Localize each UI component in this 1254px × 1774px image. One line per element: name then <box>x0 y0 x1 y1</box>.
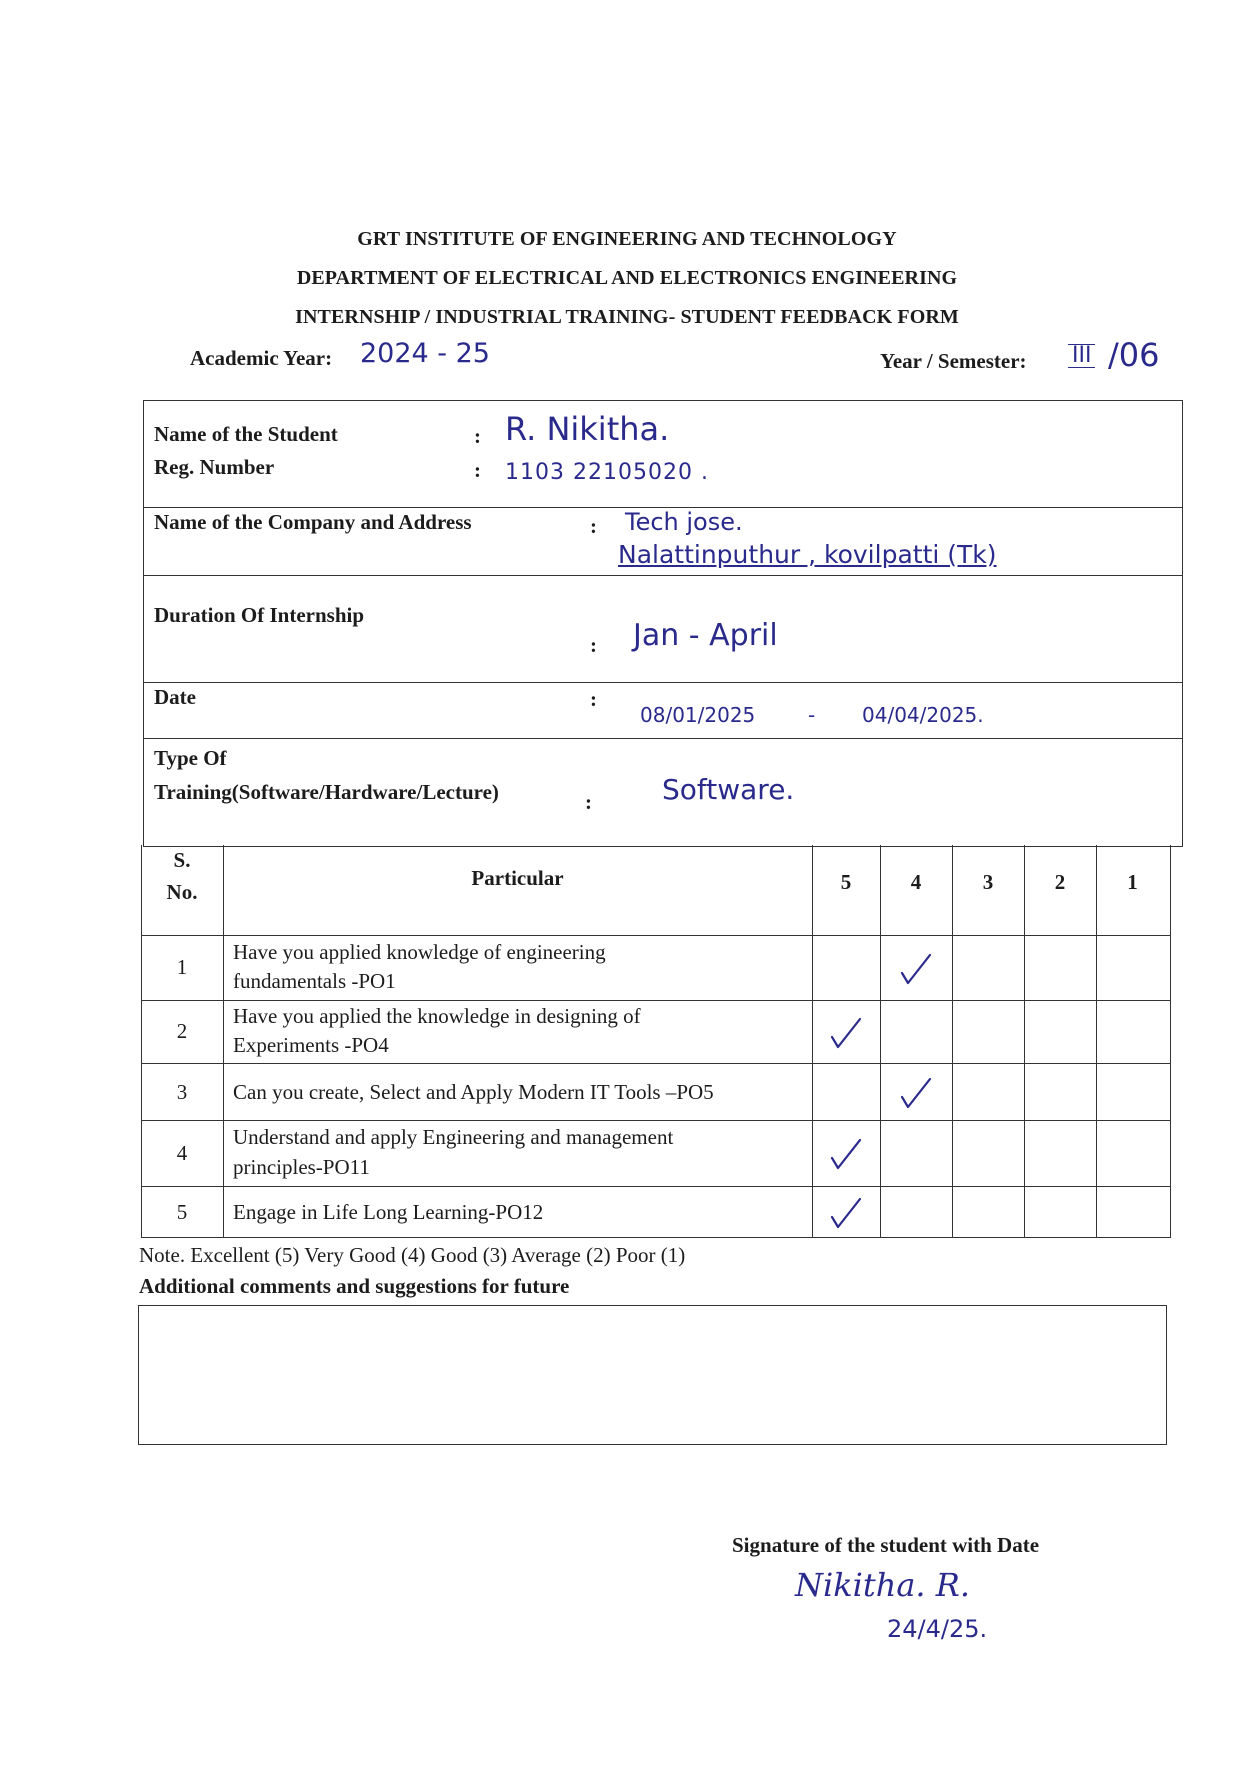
rating-note: Note. Excellent (5) Very Good (4) Good (… <box>139 1240 685 1270</box>
student-name-value[interactable]: R. Nikitha. <box>505 410 669 448</box>
training-type-label-line2: Training(Software/Hardware/Lecture) <box>154 780 499 805</box>
row-5-sno: 5 <box>141 1197 223 1227</box>
row-2-particular-line1: Have you applied the knowledge in design… <box>233 1001 641 1031</box>
year-value[interactable]: III <box>1068 344 1095 368</box>
date-separator: - <box>808 703 815 727</box>
signature-date[interactable]: 24/4/25. <box>887 1615 987 1643</box>
sno-header-line2: No. <box>141 880 223 905</box>
sno-header-line1: S. <box>141 848 223 873</box>
training-type-label-line1: Type Of <box>154 746 227 771</box>
colon: : <box>474 458 481 483</box>
year-semester-label: Year / Semester: <box>880 349 1027 374</box>
particular-header: Particular <box>223 866 812 891</box>
signature-name[interactable]: Nikitha. R. <box>795 1566 970 1604</box>
duration-label: Duration Of Internship <box>154 603 364 628</box>
row-5-particular-line1: Engage in Life Long Learning-PO12 <box>233 1197 543 1227</box>
colon: : <box>474 424 481 449</box>
row-1-sno: 1 <box>141 952 223 982</box>
colon: : <box>585 790 592 815</box>
check-mark-icon[interactable] <box>898 1073 934 1111</box>
row-1-particular-line2: fundamentals -PO1 <box>233 966 396 996</box>
department-name: DEPARTMENT OF ELECTRICAL AND ELECTRONICS… <box>0 267 1254 290</box>
score-header-2: 2 <box>1024 870 1096 895</box>
check-mark-icon[interactable] <box>828 1013 864 1051</box>
student-name-label: Name of the Student <box>154 422 338 447</box>
score-header-3: 3 <box>952 870 1024 895</box>
date-label: Date <box>154 685 196 710</box>
reg-number-value[interactable]: 1103 22105020 . <box>505 460 709 485</box>
check-mark-icon[interactable] <box>898 949 934 987</box>
comments-label: Additional comments and suggestions for … <box>139 1274 569 1299</box>
form-title: INTERNSHIP / INDUSTRIAL TRAINING- STUDEN… <box>0 306 1254 329</box>
score-header-4: 4 <box>880 870 952 895</box>
date-to-value[interactable]: 04/04/2025. <box>862 703 984 727</box>
row-2-particular-line2: Experiments -PO4 <box>233 1030 389 1060</box>
academic-year-label: Academic Year: <box>190 346 332 371</box>
signature-label: Signature of the student with Date <box>732 1533 1039 1558</box>
row-3-sno: 3 <box>141 1077 223 1107</box>
company-label: Name of the Company and Address <box>154 510 472 535</box>
institute-name: GRT INSTITUTE OF ENGINEERING AND TECHNOL… <box>0 228 1254 251</box>
check-mark-icon[interactable] <box>828 1134 864 1172</box>
semester-value[interactable]: /06 <box>1108 336 1160 374</box>
row-2-sno: 2 <box>141 1016 223 1046</box>
date-from-value[interactable]: 08/01/2025 <box>640 703 755 727</box>
duration-value[interactable]: Jan - April <box>633 618 778 653</box>
row-3-particular-line1: Can you create, Select and Apply Modern … <box>233 1077 714 1107</box>
colon: : <box>590 687 597 712</box>
company-name-value[interactable]: Tech jose. <box>625 508 743 536</box>
reg-number-label: Reg. Number <box>154 455 274 480</box>
training-type-value[interactable]: Software. <box>662 773 794 806</box>
row-1-particular-line1: Have you applied knowledge of engineerin… <box>233 937 606 967</box>
check-mark-icon[interactable] <box>828 1193 864 1231</box>
colon: : <box>590 633 597 658</box>
colon: : <box>590 514 597 539</box>
row-4-particular-line2: principles-PO11 <box>233 1152 370 1182</box>
comments-box[interactable] <box>138 1305 1167 1445</box>
academic-year-value[interactable]: 2024 - 25 <box>360 338 490 369</box>
row-4-sno: 4 <box>141 1138 223 1168</box>
row-4-particular-line1: Understand and apply Engineering and man… <box>233 1122 673 1152</box>
company-address-value[interactable]: Nalattinputhur , kovilpatti (Tk) <box>618 540 997 569</box>
score-header-1: 1 <box>1096 870 1169 895</box>
score-header-5: 5 <box>812 870 880 895</box>
